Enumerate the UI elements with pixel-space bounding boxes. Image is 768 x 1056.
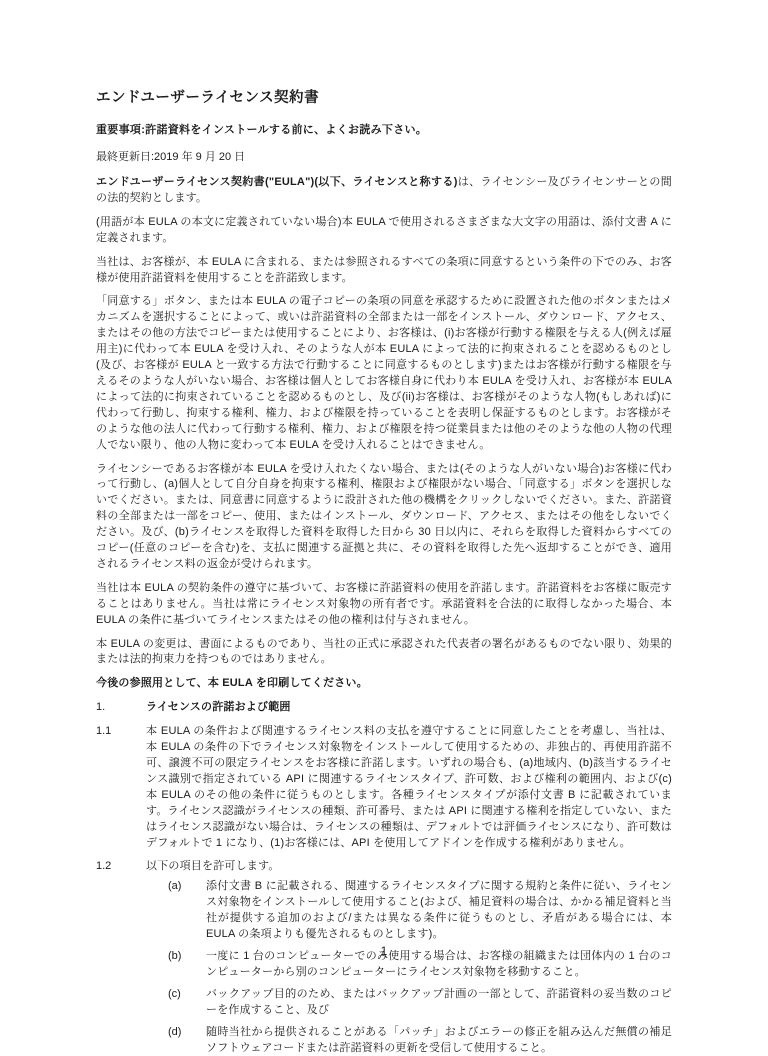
subitem-a-label: (a) bbox=[168, 879, 206, 943]
paragraph-ownership: 当社は本 EULA の契約条件の遵守に基づいて、お客様に許諾資料の使用を許諾しま… bbox=[96, 581, 672, 629]
intro-paragraph: エンドユーザーライセンス契約書("EULA")(以下、ライセンスと称する)は、ラ… bbox=[96, 175, 672, 207]
subitem-c-label: (c) bbox=[168, 987, 206, 1019]
subitem-a: (a) 添付文書 B に記載される、関連するライセンスタイプに関する規約と条件に… bbox=[96, 879, 672, 943]
section-1-heading-row: 1. ライセンスの許諾および範囲 bbox=[96, 700, 672, 716]
section-1-heading: ライセンスの許諾および範囲 bbox=[146, 700, 672, 716]
subitem-a-text: 添付文書 B に記載される、関連するライセンスタイプに関する規約と条件に従い、ラ… bbox=[206, 879, 672, 943]
clause-1-2-number: 1.2 bbox=[96, 859, 146, 875]
section-1-number: 1. bbox=[96, 700, 146, 716]
subitem-c: (c) バックアップ目的のため、またはバックアップ計画の一部として、許諾資料の妥… bbox=[96, 987, 672, 1019]
paragraph-refusal-refund: ライセンシーであるお客様が本 EULA を受け入れたくない場合、または(そのよう… bbox=[96, 462, 672, 573]
page-title: エンドユーザーライセンス契約書 bbox=[96, 86, 672, 107]
clause-1-2: 1.2 以下の項目を許可します。 bbox=[96, 859, 672, 875]
important-notice: 重要事項:許諾資料をインストールする前に、よくお読み下さい。 bbox=[96, 121, 672, 137]
clause-1-1-text: 本 EULA の条件および関連するライセンス料の支払を遵守することに同意したこと… bbox=[146, 724, 672, 851]
page-number: 1 bbox=[0, 944, 768, 958]
paragraph-amendment: 本 EULA の変更は、書面によるものであり、当社の正式に承認された代表者の署名… bbox=[96, 637, 672, 669]
clause-1-1: 1.1 本 EULA の条件および関連するライセンス料の支払を遵守することに同意… bbox=[96, 724, 672, 851]
document-page: エンドユーザーライセンス契約書 重要事項:許諾資料をインストールする前に、よくお… bbox=[0, 0, 768, 1024]
last-updated-date: 最終更新日:2019 年 9 月 20 日 bbox=[96, 148, 672, 164]
clause-1-1-number: 1.1 bbox=[96, 724, 146, 851]
clause-1-2-text: 以下の項目を許可します。 bbox=[146, 859, 672, 875]
paragraph-license-condition: 当社は、お客様が、本 EULA に含まれる、または参照されるすべての条項に同意す… bbox=[96, 255, 672, 287]
print-note: 今後の参照用として、本 EULA を印刷してください。 bbox=[96, 676, 672, 692]
subitem-c-text: バックアップ目的のため、またはバックアップ計画の一部として、許諾資料の妥当数のコ… bbox=[206, 987, 672, 1019]
paragraph-definitions: (用語が本 EULA の本文に定義されていない場合)本 EULA で使用されるさ… bbox=[96, 215, 672, 247]
paragraph-acceptance: 「同意する」ボタン、または本 EULA の電子コピーの条項の同意を承認するために… bbox=[96, 294, 672, 453]
intro-defined-term: エンドユーザーライセンス契約書("EULA")(以下、ライセンスと称する) bbox=[96, 176, 458, 188]
